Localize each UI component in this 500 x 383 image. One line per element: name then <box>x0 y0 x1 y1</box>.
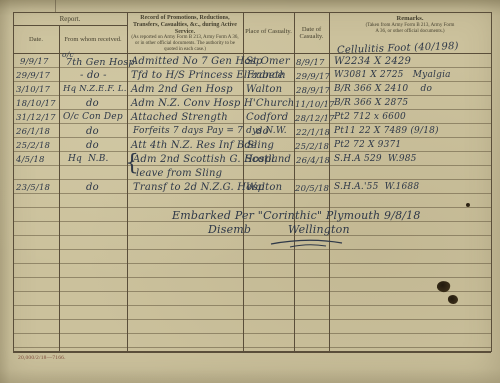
entry-cas-date: 11/10/17 <box>295 101 335 110</box>
entry-date: 3/10/17 <box>16 86 50 95</box>
entry-date: 25/2/18 <box>16 142 50 151</box>
entry-record: Transf to 2d N.Z.G. Hosp <box>133 183 264 193</box>
entry-cas-date: 28/12/17 <box>295 115 335 124</box>
embarked-note: Embarked Per "Corinthic" Plymouth 9/8/18 <box>172 210 421 221</box>
entry-date: 18/10/17 <box>16 100 56 109</box>
entry-date: 26/1/18 <box>16 128 50 137</box>
entry-record: Attached Strength <box>131 113 228 123</box>
entry-place: Sling <box>247 141 274 151</box>
entry-record: Adm N.Z. Conv Hosp <box>131 99 241 109</box>
entry-place: Walton <box>246 183 282 193</box>
disembarked-label: Disemb <box>208 224 251 235</box>
entry-place: St Omer <box>246 57 290 67</box>
report-header-divider <box>13 25 127 26</box>
entry-cas-date: 28/9/17 <box>296 87 330 96</box>
header-date-casualty: Date of Casualty. <box>296 26 327 41</box>
entry-from: O/c Con Dep <box>63 113 123 122</box>
entry-record: Att 4th N.Z. Res Inf Bde <box>131 141 257 151</box>
entry-cas-date: 25/2/18 <box>295 143 329 152</box>
entry-place: H'Church <box>244 99 294 109</box>
table-bottom-border <box>13 351 491 353</box>
table-right-border <box>491 12 492 352</box>
header-remarks-title: Remarks. <box>331 15 489 22</box>
entry-cas-date: 26/4/18 <box>296 157 330 166</box>
entry-from: do <box>86 141 99 151</box>
header-from-whom: From whom received. <box>59 36 127 43</box>
entry-remark: Pt11 22 X 7489 (9/18) <box>334 127 439 136</box>
header-record-title: Record of Promotions, Reductions, Transf… <box>129 15 241 36</box>
entry-date: 29/9/17 <box>16 72 50 81</box>
entry-place: Walton <box>246 85 282 95</box>
entry-record: Adm 2nd Gen Hosp <box>131 85 233 95</box>
entry-from: Hq N.B. <box>68 155 109 164</box>
entry-place: do <box>256 127 269 137</box>
entry-from: do <box>86 183 99 193</box>
header-record-sub: (As reported on Army Form B 213, Army Fo… <box>130 35 240 52</box>
entry-from: do <box>86 99 99 109</box>
service-record-sheet: Report. Date. From whom received. Record… <box>0 0 500 383</box>
entry-record-line2: leave from Sling <box>136 169 222 179</box>
entry-remark: S.H.A 529 W.985 <box>334 155 417 164</box>
table-top-border <box>13 12 491 13</box>
printers-imprint: 20,000/2/18—7166. <box>18 355 108 361</box>
entry-remark: S.H.A.'55 W.1688 <box>334 183 419 192</box>
entry-from: 7th Gen Hosp <box>66 58 135 68</box>
entry-remark: Pt2 712 x 6600 <box>334 113 406 122</box>
header-report: Report. <box>13 15 127 23</box>
entry-cas-date: 29/9/17 <box>296 73 330 82</box>
page-edge-line <box>55 0 56 12</box>
entry-from: do <box>86 127 99 137</box>
entry-date: 9/9/17 <box>20 58 49 67</box>
entry-date: 31/12/17 <box>16 114 56 123</box>
entry-remark: B/R 366 X 2410 do <box>334 85 432 94</box>
entry-place: Codford <box>246 113 288 123</box>
header-remarks-sub: (Taken from Army Form B 213, Army Form A… <box>365 23 455 35</box>
header-place: Place of Casualty. <box>245 28 292 35</box>
entry-remark: Pt2 72 X 9371 <box>334 141 401 150</box>
disembarked-place: Wellington <box>288 224 350 235</box>
entry-cas-date: 8/9/17 <box>296 59 325 68</box>
entry-cas-date: 22/1/18 <box>296 129 330 138</box>
entry-date: 23/5/18 <box>16 184 50 193</box>
entry-cas-date: 20/5/18 <box>295 185 329 194</box>
entry-remark: W3081 X 2725 Myalgia <box>334 71 451 80</box>
entry-place: France <box>247 71 284 81</box>
entry-date: 4/5/18 <box>16 156 45 165</box>
flourish-underline <box>268 238 346 248</box>
header-date: Date. <box>13 36 59 43</box>
entry-remark: W2234 X 2429 <box>334 57 411 67</box>
ink-speck <box>466 203 470 207</box>
entry-place: Scotland <box>245 155 291 165</box>
entry-record: Admitted No 7 Gen Hosp <box>131 57 263 67</box>
entry-from: Hq N.Z.E.F. L. <box>63 85 127 94</box>
entry-from: - do - <box>80 71 107 81</box>
entry-remark: B/R 366 X 2875 <box>334 99 408 108</box>
